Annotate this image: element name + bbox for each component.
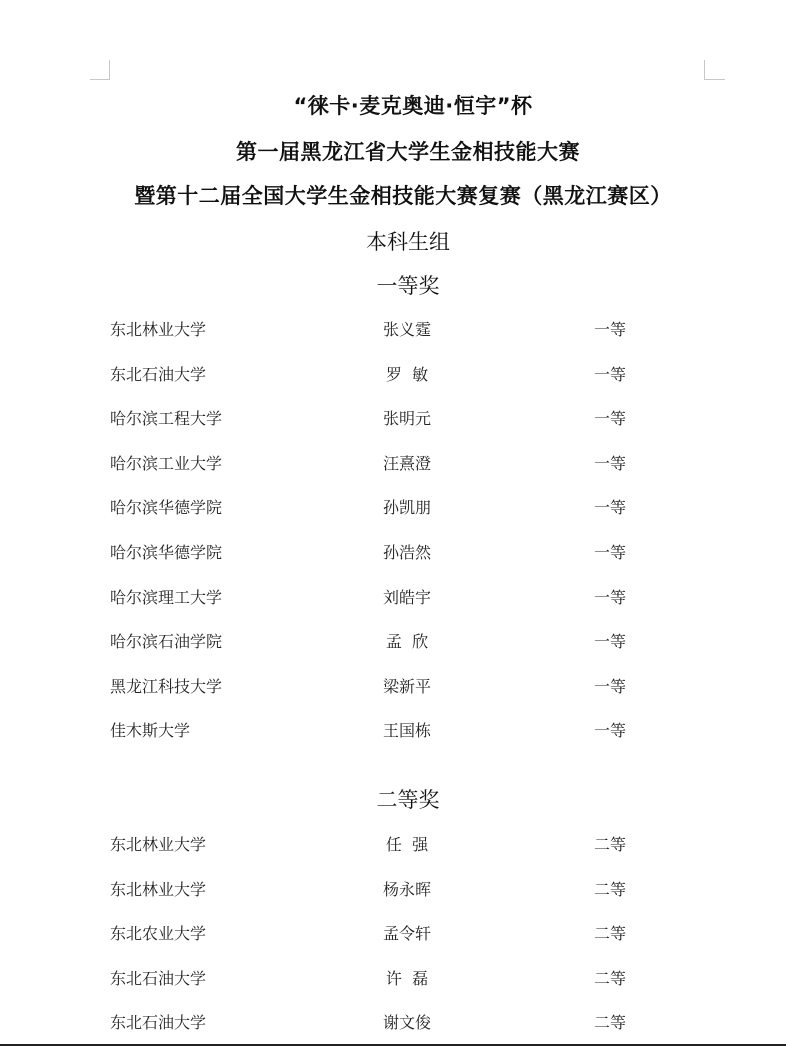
award-cell: 一等 (594, 718, 626, 741)
school-cell: 哈尔滨华德学院 (110, 495, 222, 518)
name-cell: 孙凯朋 (366, 495, 448, 518)
award-cell: 一等 (594, 495, 626, 518)
school-cell: 东北农业大学 (110, 921, 206, 944)
award-cell: 一等 (594, 629, 626, 652)
title-line-cup: “徕卡·麦克奥迪·恒宇”杯 (20, 90, 786, 120)
name-cell: 张义霆 (366, 317, 448, 340)
name-cell: 孙浩然 (366, 540, 448, 563)
school-cell: 东北林业大学 (110, 317, 206, 340)
school-cell: 东北林业大学 (110, 832, 206, 855)
table-row: 东北林业大学 杨永晖 二等 (0, 874, 786, 919)
title-line-national: 暨第十二届全国大学生金相技能大赛复赛（黑龙江赛区） (10, 180, 786, 210)
name-cell: 刘皓宇 (366, 585, 448, 608)
school-cell: 东北石油大学 (110, 966, 206, 989)
table-row: 哈尔滨华德学院 孙浩然 一等 (0, 537, 786, 582)
table-row: 哈尔滨工程大学 张明元 一等 (0, 403, 786, 448)
school-cell: 哈尔滨华德学院 (110, 540, 222, 563)
award-cell: 一等 (594, 362, 626, 385)
award-cell: 一等 (594, 540, 626, 563)
table-row: 黑龙江科技大学 梁新平 一等 (0, 671, 786, 716)
table-row: 东北农业大学 孟令轩 二等 (0, 918, 786, 963)
section-heading-first-prize: 一等奖 (15, 270, 786, 300)
award-cell: 二等 (594, 832, 626, 855)
title-line-competition: 第一届黑龙江省大学生金相技能大赛 (15, 136, 786, 166)
school-cell: 哈尔滨工业大学 (110, 451, 222, 474)
page-corner-mark-top-left (90, 60, 110, 80)
school-cell: 东北林业大学 (110, 877, 206, 900)
table-row: 东北石油大学 许 磊 二等 (0, 963, 786, 1008)
table-row: 东北石油大学 谢文俊 二等 (0, 1007, 786, 1047)
school-cell: 佳木斯大学 (110, 718, 190, 741)
name-cell: 汪熹澄 (366, 451, 448, 474)
name-cell: 许 磊 (366, 966, 448, 989)
name-cell: 杨永晖 (366, 877, 448, 900)
award-cell: 二等 (594, 877, 626, 900)
first-prize-list: 东北林业大学 张义霆 一等 东北石油大学 罗 敏 一等 哈尔滨工程大学 张明元 … (0, 314, 786, 760)
name-cell: 王国栋 (366, 718, 448, 741)
school-cell: 哈尔滨石油学院 (110, 629, 222, 652)
award-cell: 一等 (594, 406, 626, 429)
school-cell: 东北石油大学 (110, 362, 206, 385)
award-cell: 一等 (594, 317, 626, 340)
table-row: 东北林业大学 张义霆 一等 (0, 314, 786, 359)
name-cell: 任 强 (366, 832, 448, 855)
table-row: 东北石油大学 罗 敏 一等 (0, 359, 786, 404)
award-cell: 二等 (594, 966, 626, 989)
table-row: 哈尔滨石油学院 孟 欣 一等 (0, 626, 786, 671)
award-cell: 一等 (594, 585, 626, 608)
document-page: “徕卡·麦克奥迪·恒宇”杯 第一届黑龙江省大学生金相技能大赛 暨第十二届全国大学… (0, 0, 786, 1047)
page-bottom-border (0, 1044, 786, 1046)
award-cell: 一等 (594, 451, 626, 474)
school-cell: 东北石油大学 (110, 1010, 206, 1033)
award-cell: 二等 (594, 921, 626, 944)
school-cell: 哈尔滨理工大学 (110, 585, 222, 608)
school-cell: 哈尔滨工程大学 (110, 406, 222, 429)
award-cell: 二等 (594, 1010, 626, 1033)
group-title: 本科生组 (15, 226, 786, 256)
page-corner-mark-top-right (704, 60, 725, 80)
award-cell: 一等 (594, 674, 626, 697)
name-cell: 孟令轩 (366, 921, 448, 944)
table-row: 哈尔滨工业大学 汪熹澄 一等 (0, 448, 786, 493)
table-row: 东北林业大学 任 强 二等 (0, 829, 786, 874)
name-cell: 罗 敏 (366, 362, 448, 385)
name-cell: 梁新平 (366, 674, 448, 697)
name-cell: 谢文俊 (366, 1010, 448, 1033)
table-row: 哈尔滨理工大学 刘皓宇 一等 (0, 582, 786, 627)
table-row: 佳木斯大学 王国栋 一等 (0, 715, 786, 760)
section-heading-second-prize: 二等奖 (15, 784, 786, 814)
name-cell: 张明元 (366, 406, 448, 429)
name-cell: 孟 欣 (366, 629, 448, 652)
table-row: 哈尔滨华德学院 孙凯朋 一等 (0, 492, 786, 537)
school-cell: 黑龙江科技大学 (110, 674, 222, 697)
second-prize-list: 东北林业大学 任 强 二等 东北林业大学 杨永晖 二等 东北农业大学 孟令轩 二… (0, 829, 786, 1047)
